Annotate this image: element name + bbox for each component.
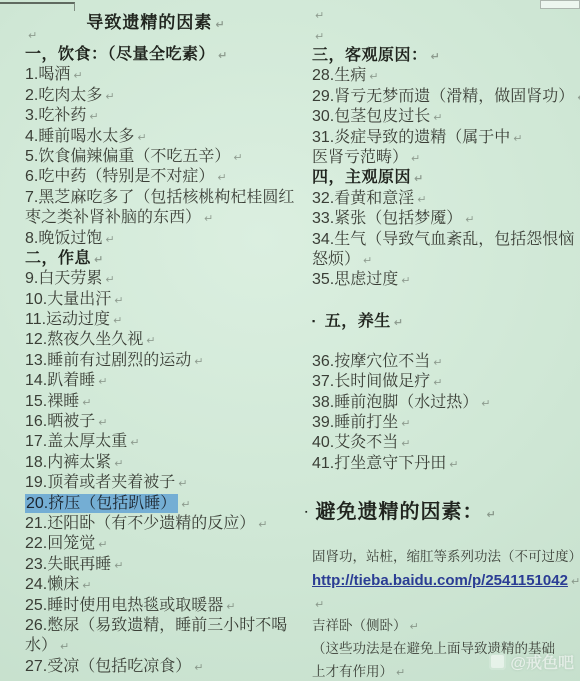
- list-item-line: 31.炎症导致的遗精（属于中↵: [312, 128, 580, 148]
- list-item-line: 29.肾亏无梦而遗（滑精，做固肾功）↵: [312, 87, 580, 107]
- paragraph-mark: ↵: [513, 133, 522, 145]
- paragraph-mark: ↵: [433, 357, 442, 369]
- paragraph-mark: ↵: [60, 641, 69, 653]
- bullet-icon: ▪: [312, 311, 316, 331]
- paragraph-mark: ↵: [571, 576, 580, 588]
- note-line: 吉祥卧（侧卧）↵: [312, 614, 580, 637]
- line-text: 31.炎症导致的遗精（属于中: [312, 129, 510, 146]
- paragraph-mark: ↵: [369, 71, 378, 83]
- paragraph-mark: ↵: [98, 539, 107, 551]
- paragraph-mark: ↵: [465, 214, 474, 226]
- paragraph-mark: ↵: [401, 275, 410, 287]
- paragraph-mark: ↵: [226, 601, 235, 613]
- paragraph-mark: ↵: [401, 438, 410, 450]
- watermark: @戒色吧: [489, 650, 574, 673]
- line-text: 27.受凉（包括吃凉食）: [25, 658, 191, 675]
- list-item-line: 12.熬夜久坐久视↵: [25, 330, 293, 350]
- list-item-line: 9.白天劳累↵: [25, 269, 293, 289]
- line-text: 37.长时间做足疗: [312, 373, 430, 390]
- line-text: 38.睡前泡脚（水过热）: [312, 394, 478, 411]
- list-item-line: 水）↵: [25, 636, 293, 656]
- blank-line: ↵: [312, 25, 580, 46]
- list-item-line: 1.喝酒↵: [25, 65, 293, 85]
- paragraph-mark: ↵: [146, 335, 155, 347]
- list-item-line: 15.裸睡↵: [25, 392, 293, 412]
- highlighted-list-item: 20.挤压（包括趴睡）↵: [25, 494, 293, 514]
- paragraph-mark: ↵: [181, 499, 190, 511]
- paragraph-mark: ↵: [315, 31, 324, 43]
- list-item-line: 22.回笼觉↵: [25, 534, 293, 554]
- paragraph-mark: ↵: [414, 173, 424, 185]
- paragraph-mark: ↵: [396, 667, 405, 679]
- list-item-line: 4.睡前喝水太多↵: [25, 127, 293, 147]
- line-text: 11.运动过度: [25, 311, 110, 328]
- list-item-line: 36.按摩穴位不当↵: [312, 352, 580, 372]
- left-column: ↵一，饮食：（尽量全吃素）↵1.喝酒↵2.吃肉太多↵3.吃补药↵4.睡前喝水太多…: [25, 24, 293, 677]
- line-text: 医肾亏范畴）: [312, 149, 408, 166]
- line-text: 3.吃补药: [25, 107, 86, 124]
- line-text: 21.还阳卧（有不少遗精的反应）: [25, 515, 255, 532]
- hyperlink[interactable]: http://tieba.baidu.com/p/2541151042↵: [312, 568, 580, 593]
- line-text: 40.艾灸不当: [312, 434, 398, 451]
- paragraph-mark: ↵: [94, 254, 104, 266]
- line-text: 水）: [25, 637, 57, 654]
- line-text: 一，饮食：（尽量全吃素）: [25, 46, 215, 63]
- paragraph-mark: ↵: [433, 112, 442, 124]
- line-text: 2.吃肉太多: [25, 87, 102, 104]
- line-text: 7.黑芝麻吃多了（包括核桃枸杞桂圆红: [25, 189, 294, 206]
- paragraph-mark: ↵: [449, 459, 458, 471]
- list-item-line: 怒烦）↵: [312, 250, 580, 270]
- blank-line: [312, 331, 580, 351]
- paragraph-mark: ↵: [433, 377, 442, 389]
- list-item-line: 8.晚饭过饱↵: [25, 229, 293, 249]
- line-text: 枣之类补肾补脑的东西）: [25, 209, 201, 226]
- line-text: 19.顶着或者夹着被子: [25, 474, 175, 491]
- list-item-line: 3.吃补药↵: [25, 106, 293, 126]
- blank-line: ↵: [25, 24, 293, 45]
- blank-line: ↵: [312, 593, 580, 614]
- paragraph-mark: ↵: [113, 315, 122, 327]
- blank-line: [312, 291, 580, 311]
- list-item-line: 21.还阳卧（有不少遗精的反应）↵: [25, 514, 293, 534]
- section-heading: 一，饮食：（尽量全吃素）↵: [25, 45, 293, 65]
- line-text: 15.裸睡: [25, 393, 79, 410]
- paragraph-mark: ↵: [194, 356, 203, 368]
- paragraph-mark: ↵: [431, 51, 441, 63]
- line-text: 上才有作用）: [312, 664, 393, 679]
- line-text: 固肾功，站桩，缩肛等系列功法（不可过度）: [312, 549, 580, 564]
- list-item-line: 35.思虑过度↵: [312, 270, 580, 290]
- paragraph-mark: ↵: [410, 621, 419, 633]
- list-item-line: 18.内裤太紧↵: [25, 453, 293, 473]
- paragraph-mark: ↵: [194, 662, 203, 674]
- blank-line: [312, 474, 580, 494]
- line-text: 16.晒被子: [25, 413, 95, 430]
- line-text: 四，主观原因: [312, 169, 411, 186]
- paragraph-mark: ↵: [218, 50, 228, 62]
- tieba-logo-icon: [489, 653, 506, 670]
- paragraph-mark: ↵: [73, 70, 82, 82]
- paragraph-mark: ↵: [105, 234, 114, 246]
- line-text: 23.失眠再睡: [25, 556, 111, 573]
- line-text: 8.晚饭过饱: [25, 230, 102, 247]
- line-text: 33.紧张（包括梦魇）: [312, 210, 462, 227]
- paragraph-mark: ↵: [178, 478, 187, 490]
- note-line: 固肾功，站桩，缩肛等系列功法（不可过度）↵: [312, 545, 580, 568]
- line-text: 35.思虑过度: [312, 271, 398, 288]
- line-text: 18.内裤太紧: [25, 454, 111, 471]
- paragraph-mark: ↵: [481, 398, 490, 410]
- line-text: 26.憋尿（易致遗精，睡前三小时不喝: [25, 617, 287, 634]
- section-heading: 四，主观原因↵: [312, 168, 580, 188]
- list-item-line: 枣之类补肾补脑的东西）↵: [25, 208, 293, 228]
- list-item-line: 13.睡前有过剧烈的运动↵: [25, 351, 293, 371]
- right-column: ↵↵三，客观原因：↵28.生病↵29.肾亏无梦而遗（滑精，做固肾功）↵30.包茎…: [312, 4, 580, 681]
- paragraph-mark: ↵: [89, 111, 98, 123]
- watermark-handle: @戒色吧: [510, 650, 574, 673]
- line-text: 24.懒床: [25, 576, 79, 593]
- line-text: 吉祥卧（侧卧）: [312, 618, 407, 633]
- list-item-line: 34.生气（导致气血紊乱，包括怨恨恼: [312, 230, 580, 250]
- paragraph-mark: ↵: [217, 172, 226, 184]
- bullet-icon: ▪: [305, 496, 308, 530]
- highlighted-text: 20.挤压（包括趴睡）: [25, 494, 178, 513]
- line-text: 9.白天劳累: [25, 270, 102, 287]
- line-text: 12.熬夜久坐久视: [25, 331, 143, 348]
- list-item-line: 5.饮食偏辣偏重（不吃五辛）↵: [25, 147, 293, 167]
- paragraph-mark: ↵: [105, 274, 114, 286]
- paragraph-mark: ↵: [98, 376, 107, 388]
- list-item-line: 26.憋尿（易致遗精，睡前三小时不喝: [25, 616, 293, 636]
- list-item-line: 医肾亏范畴）↵: [312, 148, 580, 168]
- paragraph-mark: ↵: [315, 599, 324, 611]
- line-text: 17.盖太厚太重: [25, 433, 127, 450]
- line-text: 32.看黄和意淫: [312, 190, 414, 207]
- list-item-line: 33.紧张（包括梦魇）↵: [312, 209, 580, 229]
- list-item-line: 14.趴着睡↵: [25, 371, 293, 391]
- list-item-line: 27.受凉（包括吃凉食）↵: [25, 657, 293, 677]
- paragraph-mark: ↵: [114, 458, 123, 470]
- line-text[interactable]: http://tieba.baidu.com/p/2541151042: [312, 572, 568, 589]
- list-item-line: 17.盖太厚太重↵: [25, 432, 293, 452]
- list-item-line: 16.晒被子↵: [25, 412, 293, 432]
- line-text: 39.睡前打坐: [312, 414, 398, 431]
- paragraph-mark: ↵: [82, 580, 91, 592]
- paragraph-mark: ↵: [204, 213, 213, 225]
- line-text: 34.生气（导致气血紊乱，包括怨恨恼: [312, 231, 574, 248]
- line-text: 怒烦）: [312, 251, 360, 268]
- line-text: 41.打坐意守下丹田: [312, 455, 446, 472]
- section-headline: ▪避免遗精的因素：↵: [312, 495, 580, 529]
- list-item-line: 19.顶着或者夹着被子↵: [25, 473, 293, 493]
- line-text: 25.睡时使用电热毯或取暖器: [25, 597, 223, 614]
- line-text: 4.睡前喝水太多: [25, 128, 134, 145]
- line-text: 避免遗精的因素：: [315, 501, 483, 523]
- paragraph-mark: ↵: [137, 132, 146, 144]
- list-item-line: 40.艾灸不当↵: [312, 433, 580, 453]
- list-item-line: 11.运动过度↵: [25, 310, 293, 330]
- list-item-line: 7.黑芝麻吃多了（包括核桃枸杞桂圆红: [25, 188, 293, 208]
- line-text: 30.包茎包皮过长: [312, 108, 430, 125]
- list-item-line: 23.失眠再睡↵: [25, 555, 293, 575]
- paragraph-mark: ↵: [258, 519, 267, 531]
- line-text: 五，养生: [325, 313, 391, 330]
- list-item-line: 30.包茎包皮过长↵: [312, 107, 580, 127]
- blank-line: [312, 529, 580, 545]
- paragraph-mark: ↵: [315, 10, 324, 22]
- line-text: 14.趴着睡: [25, 372, 95, 389]
- line-text: 6.吃中药（特别是不对症）: [25, 168, 214, 185]
- line-text: 10.大量出汗: [25, 291, 111, 308]
- paragraph-mark: ↵: [401, 418, 410, 430]
- section-heading: 二，作息↵: [25, 249, 293, 269]
- line-text: 三，客观原因：: [312, 47, 428, 64]
- line-text: 36.按摩穴位不当: [312, 353, 430, 370]
- list-item-line: 2.吃肉太多↵: [25, 86, 293, 106]
- list-item-line: 39.睡前打坐↵: [312, 413, 580, 433]
- list-item-line: 10.大量出汗↵: [25, 290, 293, 310]
- section-heading: ▪五，养生↵: [312, 311, 580, 331]
- blank-line: ↵: [312, 4, 580, 25]
- list-item-line: 28.生病↵: [312, 66, 580, 86]
- line-text: 28.生病: [312, 67, 366, 84]
- paragraph-mark: ↵: [105, 91, 114, 103]
- paragraph-mark: ↵: [363, 255, 372, 267]
- list-item-line: 25.睡时使用电热毯或取暖器↵: [25, 596, 293, 616]
- line-text: 1.喝酒: [25, 66, 70, 83]
- paragraph-mark: ↵: [394, 317, 404, 329]
- list-item-line: 6.吃中药（特别是不对症）↵: [25, 167, 293, 187]
- paragraph-mark: ↵: [130, 437, 139, 449]
- paragraph-mark: ↵: [486, 509, 496, 521]
- list-item-line: 41.打坐意守下丹田↵: [312, 454, 580, 474]
- document-page: 导致遗精的因素↵ ↵一，饮食：（尽量全吃素）↵1.喝酒↵2.吃肉太多↵3.吃补药…: [0, 0, 580, 681]
- paragraph-mark: ↵: [82, 397, 91, 409]
- paragraph-mark: ↵: [411, 153, 420, 165]
- line-text: 13.睡前有过剧烈的运动: [25, 352, 191, 369]
- paragraph-mark: ↵: [114, 295, 123, 307]
- paragraph-mark: ↵: [28, 30, 37, 42]
- list-item-line: 37.长时间做足疗↵: [312, 372, 580, 392]
- paragraph-mark: ↵: [417, 194, 426, 206]
- list-item-line: 32.看黄和意淫↵: [312, 189, 580, 209]
- section-heading: 三，客观原因：↵: [312, 46, 580, 66]
- line-text: 22.回笼觉: [25, 535, 95, 552]
- line-text: 二，作息: [25, 250, 91, 267]
- paragraph-mark: ↵: [98, 417, 107, 429]
- paragraph-mark: ↵: [233, 152, 242, 164]
- line-text: 5.饮食偏辣偏重（不吃五辛）: [25, 148, 230, 165]
- list-item-line: 38.睡前泡脚（水过热）↵: [312, 393, 580, 413]
- paragraph-mark: ↵: [114, 560, 123, 572]
- list-item-line: 24.懒床↵: [25, 575, 293, 595]
- line-text: 29.肾亏无梦而遗（滑精，做固肾功）: [312, 88, 574, 105]
